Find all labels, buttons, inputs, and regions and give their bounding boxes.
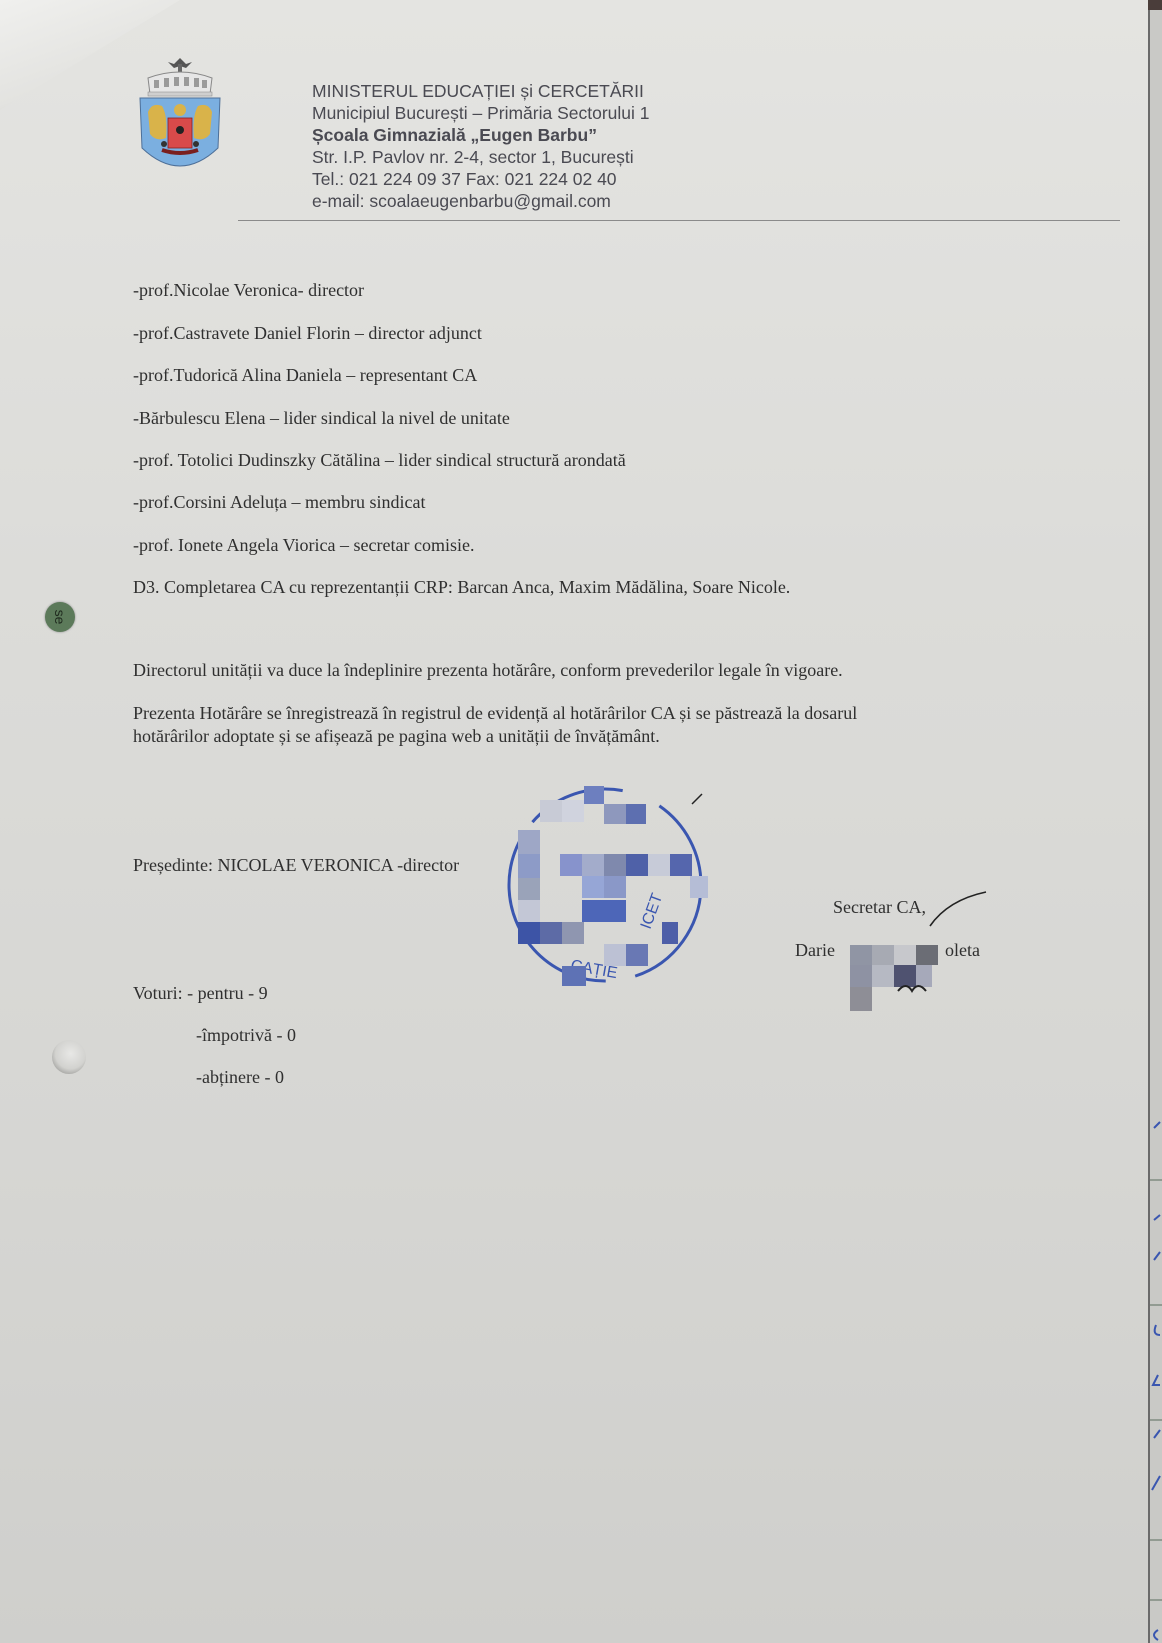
school-name: Școala Gimnazială „Eugen Barbu” (312, 124, 650, 146)
municipality-name: Municipiul București – Primăria Sectorul… (312, 102, 650, 124)
punch-hole (52, 1040, 86, 1074)
header-divider (238, 220, 1120, 221)
decision-d3: D3. Completarea CA cu reprezentanții CRP… (133, 577, 790, 598)
signature-stroke (690, 790, 710, 810)
official-stamp: ICET CAȚIE (500, 780, 710, 990)
registration-paragraph-line2: hotărârilor adoptate și se afișează pe p… (133, 726, 660, 747)
secretary-redaction (840, 925, 960, 1025)
letterhead: MINISTERUL EDUCAȚIEI și CERCETĂRII Munic… (312, 80, 650, 212)
member-item: -prof. Ionete Angela Viorica – secretar … (133, 535, 474, 556)
secretary-title: Secretar CA, (833, 897, 926, 918)
member-item: -prof.Castravete Daniel Florin – directo… (133, 323, 482, 344)
votes-abstain: -abținere - 0 (196, 1067, 284, 1088)
bucharest-coat-of-arms-icon (138, 56, 222, 184)
member-item: -prof.Tudorică Alina Daniela – represent… (133, 365, 477, 386)
member-item: -prof.Corsini Adeluța – membru sindicat (133, 492, 425, 513)
sticker-label: se (45, 602, 75, 632)
redaction-pixels (518, 786, 708, 986)
execution-paragraph: Directorul unității va duce la îndeplini… (133, 660, 843, 681)
votes-for: Voturi: - pentru - 9 (133, 983, 268, 1004)
member-item: -Bărbulescu Elena – lider sindical la ni… (133, 408, 510, 429)
school-email: e-mail: scoalaeugenbarbu@gmail.com (312, 190, 650, 212)
president-signature-line: Președinte: NICOLAE VERONICA -director (133, 855, 459, 876)
ministry-name: MINISTERUL EDUCAȚIEI și CERCETĂRII (312, 80, 650, 102)
secretary-signature-stroke (928, 890, 988, 930)
school-address: Str. I.P. Pavlov nr. 2-4, sector 1, Bucu… (312, 146, 650, 168)
member-item: -prof.Nicolae Veronica- director (133, 280, 364, 301)
sticker-text: se (52, 610, 68, 625)
margin-handwriting-marks (1148, 1100, 1162, 1643)
secretary-name-left: Darie (795, 940, 835, 961)
votes-against: -împotrivă - 0 (196, 1025, 296, 1046)
school-phone-fax: Tel.: 021 224 09 37 Fax: 021 224 02 40 (312, 168, 650, 190)
member-item: -prof. Totolici Dudinszky Cătălina – lid… (133, 450, 626, 471)
registration-paragraph-line1: Prezenta Hotărâre se înregistrează în re… (133, 703, 857, 724)
